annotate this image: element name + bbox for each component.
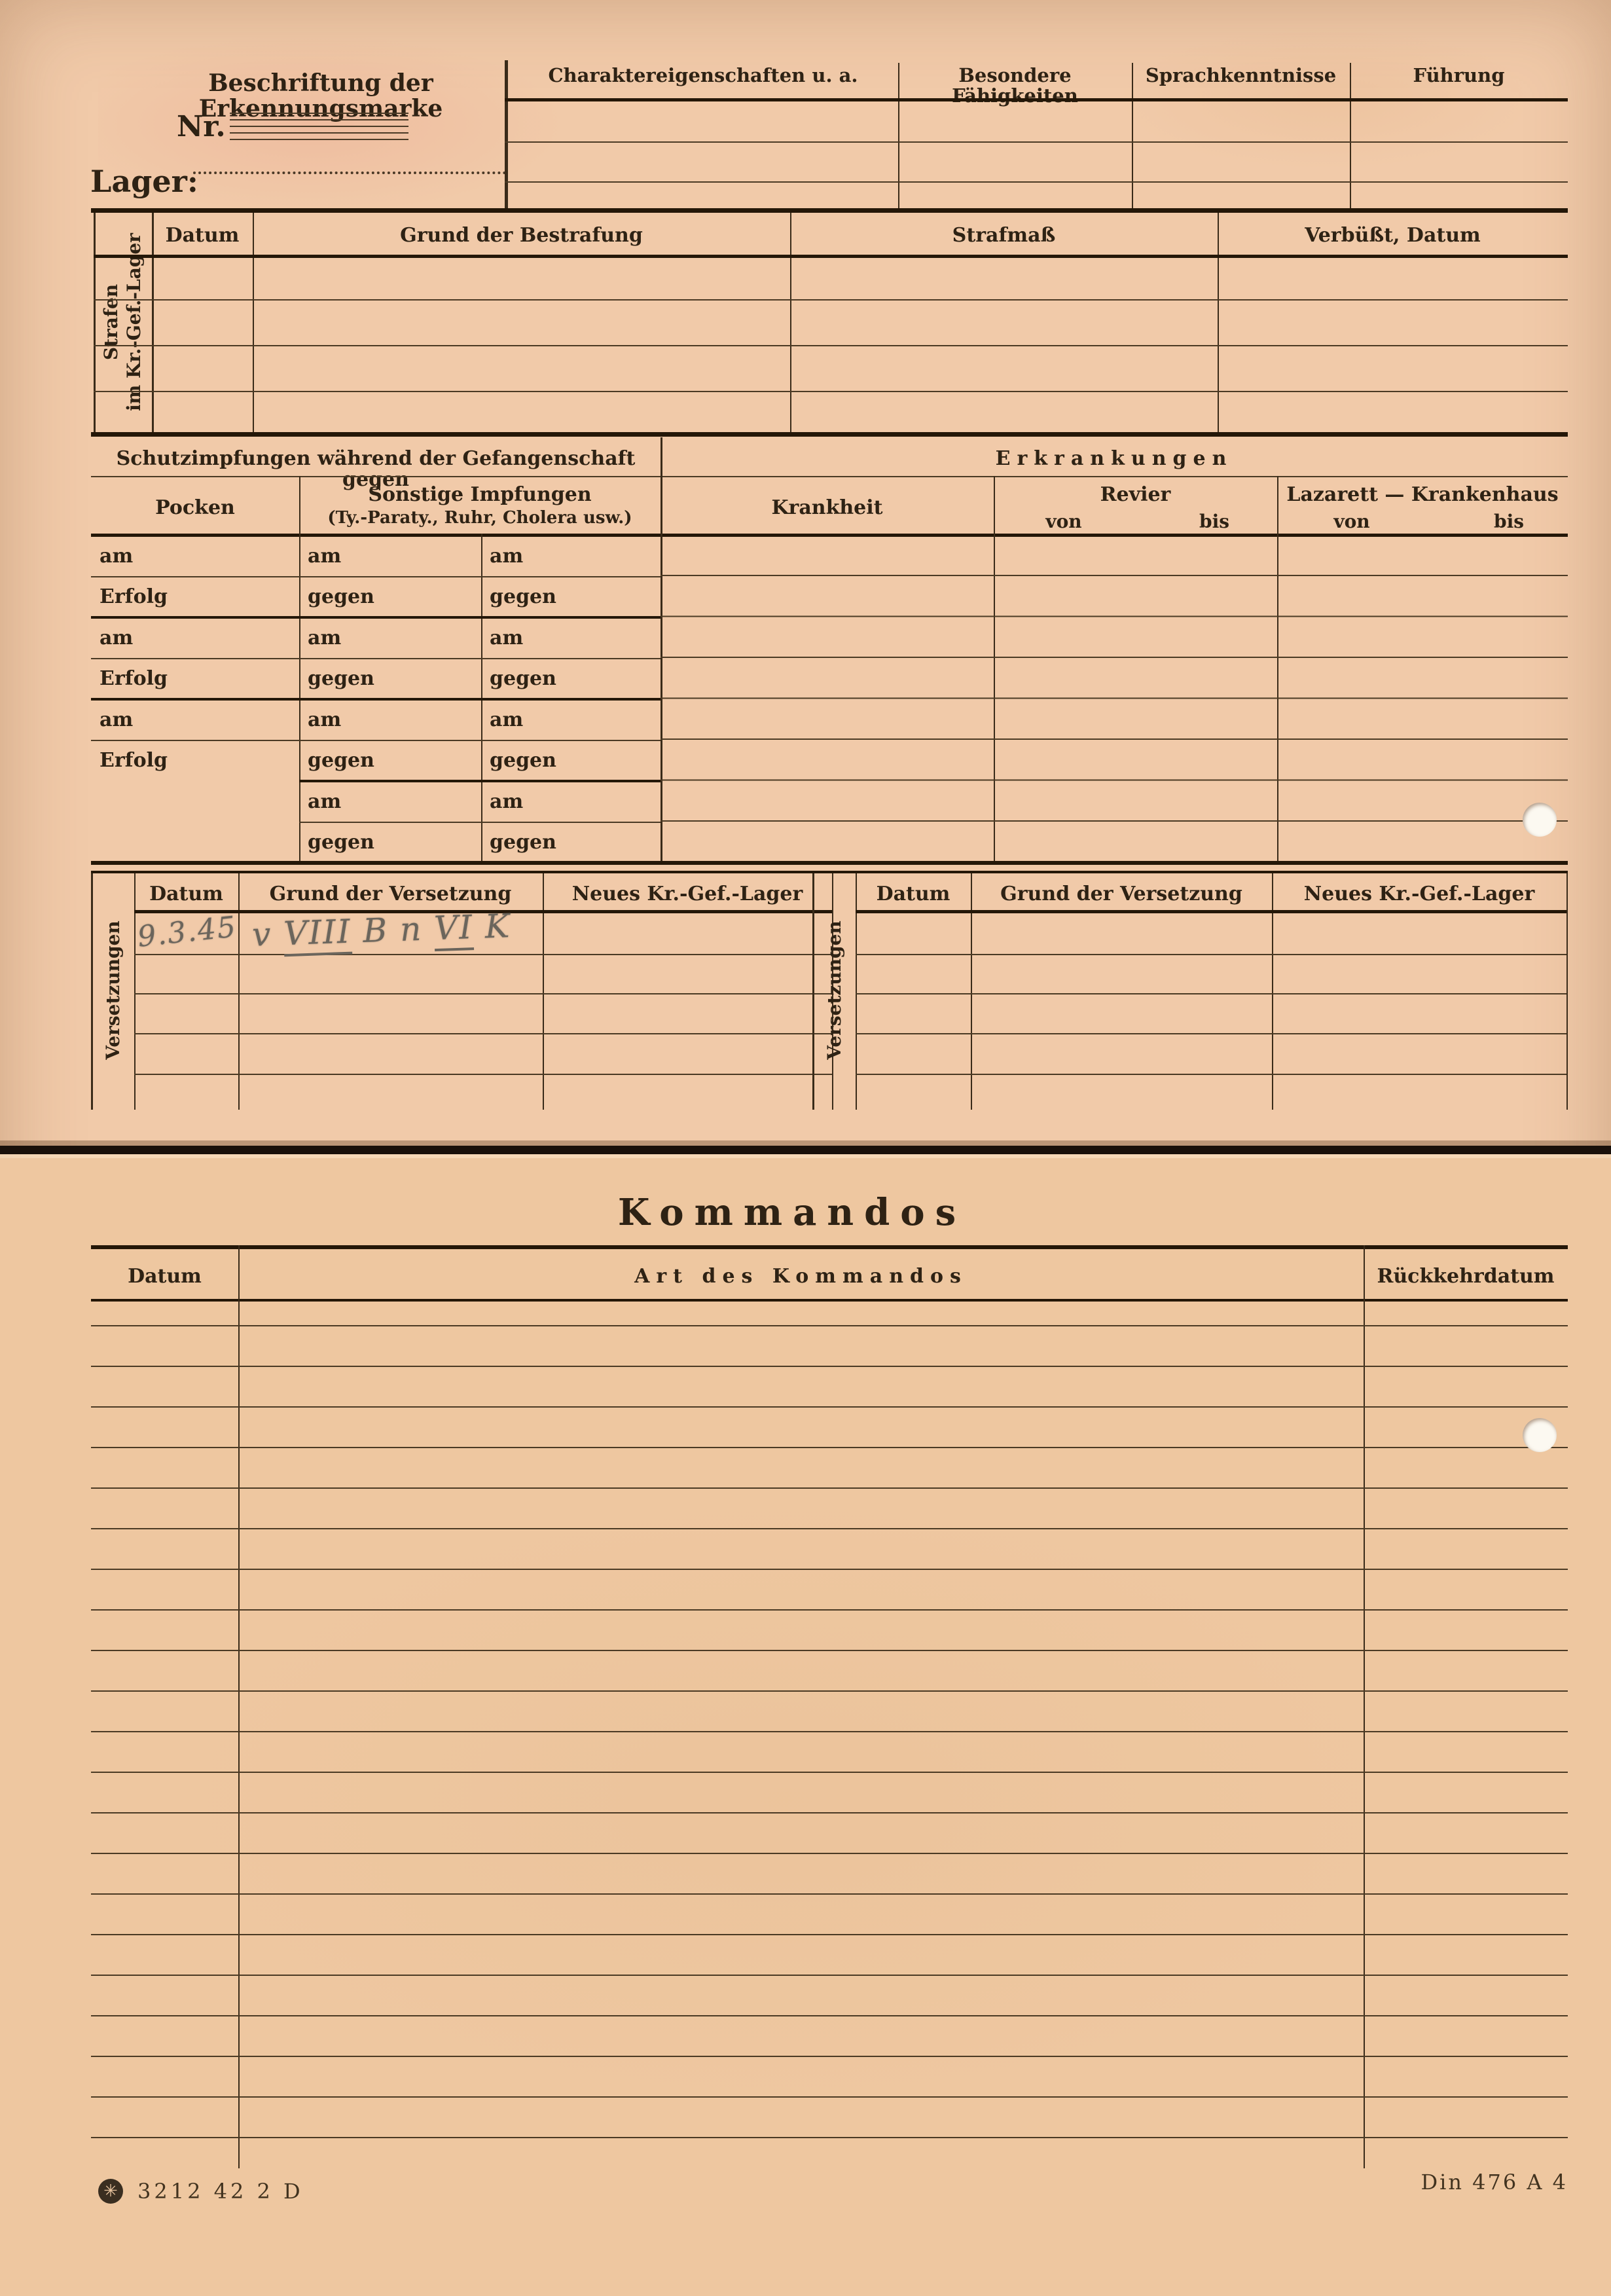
- transfers-row-line: [856, 1033, 1566, 1034]
- card-edge: [0, 1146, 1611, 1154]
- punishments-row-line: [94, 345, 1568, 346]
- vacc-am-label: am: [308, 710, 341, 731]
- transfers-side-label: Versetzungen: [1, 967, 224, 1013]
- camp-entry-line: [193, 172, 506, 174]
- vacc-am-label: am: [308, 546, 341, 567]
- transfers-outer-border: [91, 873, 93, 1110]
- punishments-bottom-rule: [91, 432, 1568, 437]
- punishments-side-label-line1: Strafen: [100, 284, 122, 360]
- section-subrule: [91, 476, 1568, 477]
- transfers-col-newcamp: Neues Kr.-Gef.-Lager: [543, 884, 832, 905]
- vacc-gegen-label: gegen: [308, 832, 374, 853]
- assessment-col-languages: Sprachkenntnisse: [1132, 65, 1350, 86]
- vacc-row-line: [91, 740, 661, 741]
- assessment-row-line: [505, 181, 1568, 183]
- printer-mark-icon: ✳: [98, 2179, 123, 2204]
- transfers-side-label: Versetzungen: [723, 967, 945, 1013]
- assessment-row-line: [505, 141, 1568, 143]
- vacc-am-label: am: [490, 546, 523, 567]
- revier-von-label: von: [1021, 512, 1106, 532]
- vacc-header-rule: [91, 534, 1568, 537]
- vacc-row-line: [91, 576, 661, 577]
- kommandos-col-return: Rückkehrdatum: [1364, 1266, 1568, 1287]
- punishments-row-line: [94, 391, 1568, 392]
- transfers-col-reason: Grund der Versetzung: [971, 884, 1272, 905]
- vacc-gegen-label: gegen: [308, 587, 374, 608]
- vacc-gegen-label: gegen: [490, 668, 556, 689]
- id-number-ruled-lines: [230, 113, 408, 143]
- vacc-group-rule: [91, 616, 661, 619]
- vacc-am-label: am: [100, 546, 133, 567]
- transfers-header-rule: [856, 910, 1566, 913]
- transfers-col-reason: Grund der Versetzung: [238, 884, 543, 905]
- illness-col-revier: Revier: [994, 484, 1277, 505]
- vacc-gegen-label: gegen: [490, 832, 556, 853]
- transfers-col-newcamp: Neues Kr.-Gef.-Lager: [1272, 884, 1566, 905]
- punishments-col-reason: Grund der Bestrafung: [253, 225, 790, 246]
- punishments-header-rule: [94, 255, 1568, 258]
- revier-bis-label: bis: [1172, 512, 1257, 532]
- transfers-right-border: [1566, 873, 1568, 1110]
- vacc-bottom-rule: [91, 861, 1568, 865]
- vacc-divider: [299, 476, 300, 863]
- pow-record-card-back: Beschriftung der Erkennungsmarke Nr. Lag…: [0, 0, 1611, 2296]
- paper-format-note: Din 476 A 4: [1404, 2171, 1568, 2194]
- assessment-col-conduct: Führung: [1350, 65, 1568, 86]
- punishments-top-rule: [91, 208, 1568, 213]
- punishments-col-served: Verbüßt, Datum: [1218, 225, 1568, 246]
- transfers-top-rule: [91, 871, 1568, 873]
- vacc-gegen-label: gegen: [490, 587, 556, 608]
- illnesses-title: Erkrankungen: [661, 448, 1568, 469]
- assessment-header-rule: [505, 98, 1568, 101]
- print-code: 3212 42 2 D: [137, 2180, 304, 2203]
- kommandos-top-rule: [91, 1245, 1568, 1249]
- vacc-am-label: am: [490, 792, 523, 812]
- vacc-erfolg-label: Erfolg: [100, 668, 168, 689]
- transfers-row-line: [134, 1033, 832, 1034]
- lazarett-bis-label: bis: [1466, 512, 1551, 532]
- kommandos-col-date: Datum: [91, 1266, 238, 1287]
- transfers-col-date: Datum: [856, 884, 971, 905]
- vacc-gegen-label: gegen: [308, 668, 374, 689]
- vacc-am-label: am: [308, 792, 341, 812]
- transfers-row-line: [856, 993, 1566, 994]
- punch-hole: [1523, 803, 1557, 837]
- id-number-label: Nr.: [177, 111, 226, 143]
- punishments-col-sentence: Strafmaß: [790, 225, 1218, 246]
- illness-row-lines: [661, 575, 1568, 824]
- vacc-erfolg-label: Erfolg: [100, 587, 168, 608]
- vacc-am-label: am: [490, 628, 523, 649]
- transfers-row-line: [134, 1074, 832, 1075]
- lazarett-von-label: von: [1309, 512, 1394, 532]
- vacc-col-sonstige: Sonstige Impfungen: [299, 484, 661, 505]
- kommandos-title: Kommandos: [498, 1193, 1087, 1232]
- vacc-gegen-label: gegen: [490, 750, 556, 771]
- kommandos-col-type: Art des Kommandos: [238, 1266, 1364, 1287]
- punch-hole: [1523, 1418, 1557, 1452]
- vacc-am-label: am: [308, 628, 341, 649]
- punishments-side-label: Strafen im Kr.-Gef.-Lager: [18, 293, 227, 352]
- card-edge-highlight: [0, 1154, 1611, 1158]
- transfer-entry-reason: v VIII B n VI K: [251, 907, 511, 954]
- vacc-gegen-label: gegen: [308, 750, 374, 771]
- punishments-outer-border: [94, 213, 96, 435]
- vacc-am-label: am: [100, 628, 133, 649]
- assessment-col-character: Charaktereigenschaften u. a.: [508, 65, 898, 86]
- vacc-erfolg-label: Erfolg: [100, 750, 168, 771]
- transfers-col-date: Datum: [134, 884, 238, 905]
- vacc-col-pocken: Pocken: [91, 498, 299, 519]
- transfers-outer-border: [812, 873, 814, 1110]
- illness-col-krankheit: Krankheit: [661, 498, 994, 519]
- punishments-col-date: Datum: [152, 225, 253, 246]
- vacc-col-sonstige-sub: (Ty.-Paraty., Ruhr, Cholera usw.): [299, 509, 661, 527]
- kommandos-row-lines: [91, 1325, 1568, 2140]
- transfer-entry-date: 9.3.45: [136, 910, 238, 954]
- kommandos-header-rule: [91, 1299, 1568, 1302]
- vacc-am-label: am: [490, 710, 523, 731]
- transfers-row-line: [856, 954, 1566, 955]
- transfers-row-line: [856, 1074, 1566, 1075]
- punishments-side-label-line2: im Kr.-Gef.-Lager: [123, 233, 145, 411]
- vacc-group-rule: [91, 698, 661, 701]
- punishments-row-line: [94, 299, 1568, 301]
- vacc-group-rule: [299, 780, 661, 782]
- vacc-row-line: [91, 658, 661, 659]
- transfers-row-line: [134, 954, 832, 955]
- vacc-am-label: am: [100, 710, 133, 731]
- illness-col-lazarett: Lazarett — Krankenhaus: [1277, 484, 1568, 505]
- card-edge-shadow: [0, 1140, 1611, 1146]
- camp-label: Lager:: [90, 166, 198, 198]
- vacc-row-line: [299, 822, 661, 823]
